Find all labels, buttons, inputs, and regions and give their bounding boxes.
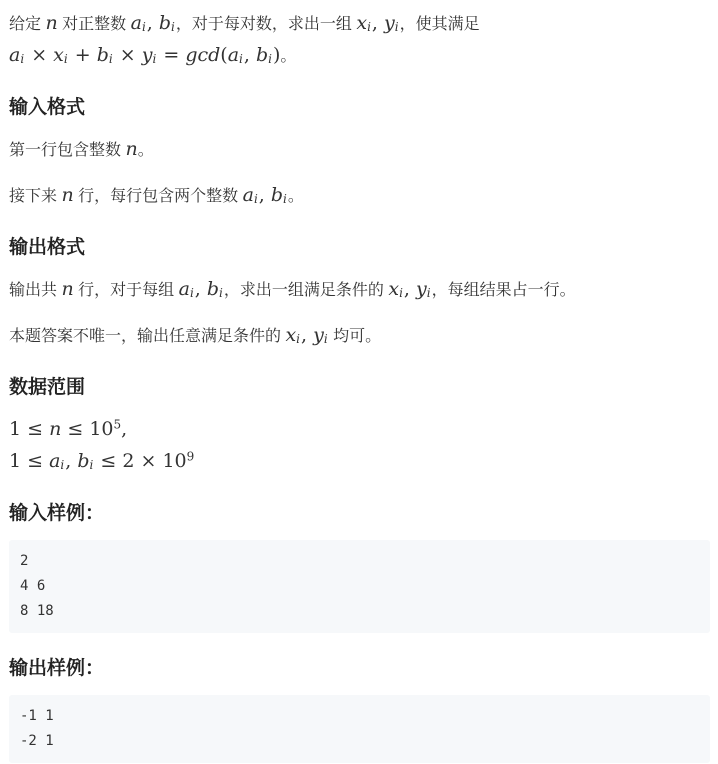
paragraph: 给定 n 对正整数 ai, bi，对于每对数，求出一组 xi, yi，使其满足 …	[9, 8, 710, 72]
text-run: 。	[138, 142, 154, 159]
math-subscript: i	[190, 286, 194, 300]
math-part: +	[69, 44, 97, 66]
math-part: a	[243, 184, 254, 206]
math-part: x	[53, 44, 64, 66]
math-inline: xi, yi	[356, 12, 399, 34]
math-part: 1 ≤	[9, 450, 49, 472]
text-run: 行，每行包含两个整数	[74, 188, 243, 205]
text-run: ，求出一组满足条件的	[224, 282, 388, 299]
math-part: n	[45, 12, 57, 34]
section-heading: 输出样例：	[9, 657, 710, 681]
math-part: ,	[259, 184, 271, 206]
math-subscript: i	[296, 332, 300, 346]
text-run: ，每组结果占一行。	[432, 282, 576, 299]
math-part: n	[125, 138, 137, 160]
math-part: ,	[372, 12, 384, 34]
math-part: a	[49, 450, 60, 472]
text-run: 。	[280, 48, 296, 65]
math-subscript: i	[64, 52, 68, 66]
math-part: ,	[195, 278, 207, 300]
math-part: x	[285, 324, 296, 346]
text-run: 均可。	[329, 328, 381, 345]
text-run: 行，对于每组	[74, 282, 179, 299]
math-subscript: i	[268, 52, 272, 66]
math-part: b	[97, 44, 109, 66]
paragraph: 第一行包含整数 n。	[9, 134, 710, 166]
math-inline: 1 ≤ n ≤ 105,	[9, 418, 127, 440]
math-part: ≤ 10	[61, 418, 113, 440]
math-part: ,	[147, 12, 159, 34]
math-part: n	[61, 278, 73, 300]
paragraph: 接下来 n 行，每行包含两个整数 ai, bi。	[9, 180, 710, 212]
math-part: b	[271, 184, 283, 206]
math-superscript: 9	[187, 449, 195, 463]
math-subscript: i	[152, 52, 156, 66]
math-subscript: i	[395, 20, 399, 34]
math-subscript: i	[171, 20, 175, 34]
text-run: 给定	[9, 16, 45, 33]
text-run: 输出共	[9, 282, 61, 299]
text-run: 。	[288, 188, 304, 205]
math-part: ,	[301, 324, 313, 346]
problem-page: { "page": { "colors": { "text": "#333333…	[0, 0, 718, 764]
math-subscript: i	[239, 52, 243, 66]
math-part: b	[77, 450, 89, 472]
math-subscript: i	[254, 192, 258, 206]
math-part: ,	[244, 44, 256, 66]
math-part: ×	[114, 44, 142, 66]
math-part: y	[142, 44, 153, 66]
math-inline: 1 ≤ ai, bi ≤ 2 × 109	[9, 450, 194, 472]
paragraph: 1 ≤ n ≤ 105,1 ≤ ai, bi ≤ 2 × 109	[9, 414, 710, 478]
section-heading: 输出格式	[9, 236, 710, 260]
text-run: 对正整数	[58, 16, 131, 33]
math-subscript: i	[219, 286, 223, 300]
math-part: ≤ 2 × 10	[94, 450, 186, 472]
math-inline: xi, yi	[388, 278, 431, 300]
math-part: y	[313, 324, 324, 346]
math-subscript: i	[367, 20, 371, 34]
math-inline: ai, bi	[179, 278, 224, 300]
section-heading: 输入样例：	[9, 502, 710, 526]
math-subscript: i	[324, 332, 328, 346]
math-part: a	[179, 278, 190, 300]
math-subscript: i	[60, 458, 64, 472]
text-run: ，使其满足	[400, 16, 480, 33]
math-part: 1 ≤	[9, 418, 49, 440]
math-subscript: i	[90, 458, 94, 472]
math-part: x	[388, 278, 399, 300]
math-subscript: i	[283, 192, 287, 206]
paragraph: 输出共 n 行，对于每组 ai, bi，求出一组满足条件的 xi, yi，每组结…	[9, 274, 710, 306]
math-inline: n	[61, 278, 73, 300]
math-part: x	[356, 12, 367, 34]
text-run: 第一行包含整数	[9, 142, 125, 159]
math-subscript: i	[20, 52, 24, 66]
code-block: -1 1 -2 1	[9, 695, 710, 763]
math-part: =	[157, 44, 185, 66]
math-part: y	[384, 12, 395, 34]
section-heading: 输入格式	[9, 96, 710, 120]
math-part: n	[49, 418, 61, 440]
math-inline: ai × xi + bi × yi = gcd(ai, bi)	[9, 44, 280, 66]
math-part: ,	[65, 450, 77, 472]
math-part: (	[220, 44, 227, 66]
math-part: ×	[25, 44, 53, 66]
math-subscript: i	[427, 286, 431, 300]
paragraph: 本题答案不唯一，输出任意满足条件的 xi, yi 均可。	[9, 320, 710, 352]
math-subscript: i	[142, 20, 146, 34]
math-inline: n	[125, 138, 137, 160]
math-part: a	[228, 44, 239, 66]
text-run: ，对于每对数，求出一组	[176, 16, 356, 33]
math-part: b	[159, 12, 171, 34]
code-block: 2 4 6 8 18	[9, 540, 710, 633]
math-subscript: i	[399, 286, 403, 300]
math-inline: n	[61, 184, 73, 206]
text-run: 接下来	[9, 188, 61, 205]
math-inline: ai, bi	[131, 12, 176, 34]
math-inline: n	[45, 12, 57, 34]
math-part: b	[256, 44, 268, 66]
text-run: 本题答案不唯一，输出任意满足条件的	[9, 328, 285, 345]
math-part: ,	[404, 278, 416, 300]
math-part: a	[9, 44, 20, 66]
math-part: a	[131, 12, 142, 34]
math-inline: ai, bi	[243, 184, 288, 206]
math-part: b	[207, 278, 219, 300]
math-part: n	[61, 184, 73, 206]
math-subscript: i	[109, 52, 113, 66]
section-heading: 数据范围	[9, 376, 710, 400]
math-part: ,	[121, 418, 127, 440]
problem-statement: 给定 n 对正整数 ai, bi，对于每对数，求出一组 xi, yi，使其满足 …	[0, 0, 718, 763]
math-inline: xi, yi	[285, 324, 328, 346]
math-part: gcd	[185, 44, 220, 66]
math-part: y	[416, 278, 427, 300]
